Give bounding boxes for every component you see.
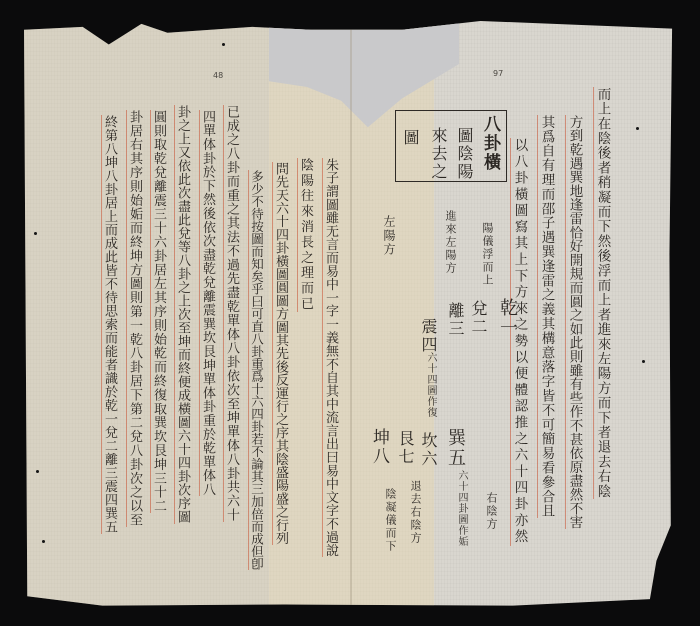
label-yang-rising: 陽儀浮而上 (482, 222, 493, 287)
title-column-3: 來去之 (430, 127, 446, 181)
paper-speck (642, 360, 645, 363)
title-column-4: 圖 (402, 129, 418, 147)
left-text-column-4: 多少不待按圖而知矣乎曰可直八卦重爲十六四卦若不論其三加倍而成但卽 (248, 170, 263, 570)
label-yin-falling: 陰凝儀而下 (385, 488, 396, 553)
trigram-dui: 兌二 (470, 300, 486, 336)
left-text-column-1: 朱子謂圖雖无言而易中一字一義無不自其中流言出曰易中文字不過說 (322, 158, 337, 557)
paper-speck (34, 232, 37, 235)
paper-speck (222, 43, 225, 46)
title-column-1: 八卦橫 (481, 115, 498, 172)
page-number-right: 97 (493, 69, 503, 78)
left-text-column-9: 卦居右其序則始姤而終坤方圖則第一乾八卦居下第二兌八卦次之以至 (126, 110, 141, 527)
right-text-column-3: 其爲自有理而邵子遇巽逢雷之義其構意落字皆不可簡易看參合且 (537, 115, 553, 518)
right-text-column-4: 以八卦橫圖寫其上下方來之勢以便體認推之六十四卦亦然 (510, 138, 526, 546)
note-xun: 六十四卦圖作姤 (456, 470, 466, 547)
diagram-title-box: 八卦橫 圖陰陽 來去之 圖 (395, 110, 507, 182)
trigram-gen: 艮七 (397, 430, 413, 466)
paper-speck (36, 470, 39, 473)
note-zhen: 六十四圖作復 (425, 352, 435, 418)
page-number-left: 48 (213, 71, 223, 80)
left-text-column-10: 終第八坤八卦居上而成此皆不待思索而能者識於乾一兌二離三震四巽五 (101, 115, 116, 534)
paper-speck (636, 127, 639, 130)
left-text-column-3: 問先天六十四卦橫圖圓圖方圖其先後反運行之序其陰盛陽盛之行列 (272, 162, 287, 545)
trigram-zhen: 震四 (420, 318, 436, 354)
page-fold-line (350, 18, 352, 608)
trigram-li: 離三 (447, 302, 463, 338)
left-text-column-5: 已成之八卦而重之其法不過先盡乾單体八卦依次至坤單体八卦共六十 (223, 105, 238, 522)
label-left-yang: 左陽方 (383, 215, 395, 257)
trigram-xun: 巽五 (446, 428, 464, 468)
trigram-qian: 乾一 (498, 298, 516, 338)
paper-speck (42, 540, 45, 543)
trigram-kan: 坎六 (420, 432, 436, 468)
label-right-yin: 右陰方 (486, 492, 497, 531)
left-text-column-8: 圓則取乾兌離震三十六卦居左其序則始乾而終復取巽坎艮坤三十二 (150, 110, 165, 513)
title-column-2: 圖陰陽 (456, 127, 472, 181)
left-text-column-6: 四單体卦於下然後依次盡乾兌離震巽坎艮坤單体卦重於乾單体八 (199, 110, 214, 496)
right-text-column-2: 方到乾遇巽地逢雷恰好開規而圓之如此則雖有些作不甚依原盡然不害 (565, 115, 581, 529)
right-text-column-1: 而上在陰後者稍凝而下然後浮而上者進來左陽方而下者退去右陰 (593, 87, 609, 499)
left-text-column-7: 卦之上又依此次盡此兌等八卦之上次至坤而終便成橫圖六十四卦次序圖 (174, 105, 189, 524)
label-go-right: 退去右陰方 (410, 480, 421, 545)
label-come-left: 進來左陽方 (445, 210, 456, 275)
left-text-column-2: 陰陽往來消長之理而已 (297, 158, 312, 312)
trigram-kun: 坤八 (370, 428, 387, 466)
